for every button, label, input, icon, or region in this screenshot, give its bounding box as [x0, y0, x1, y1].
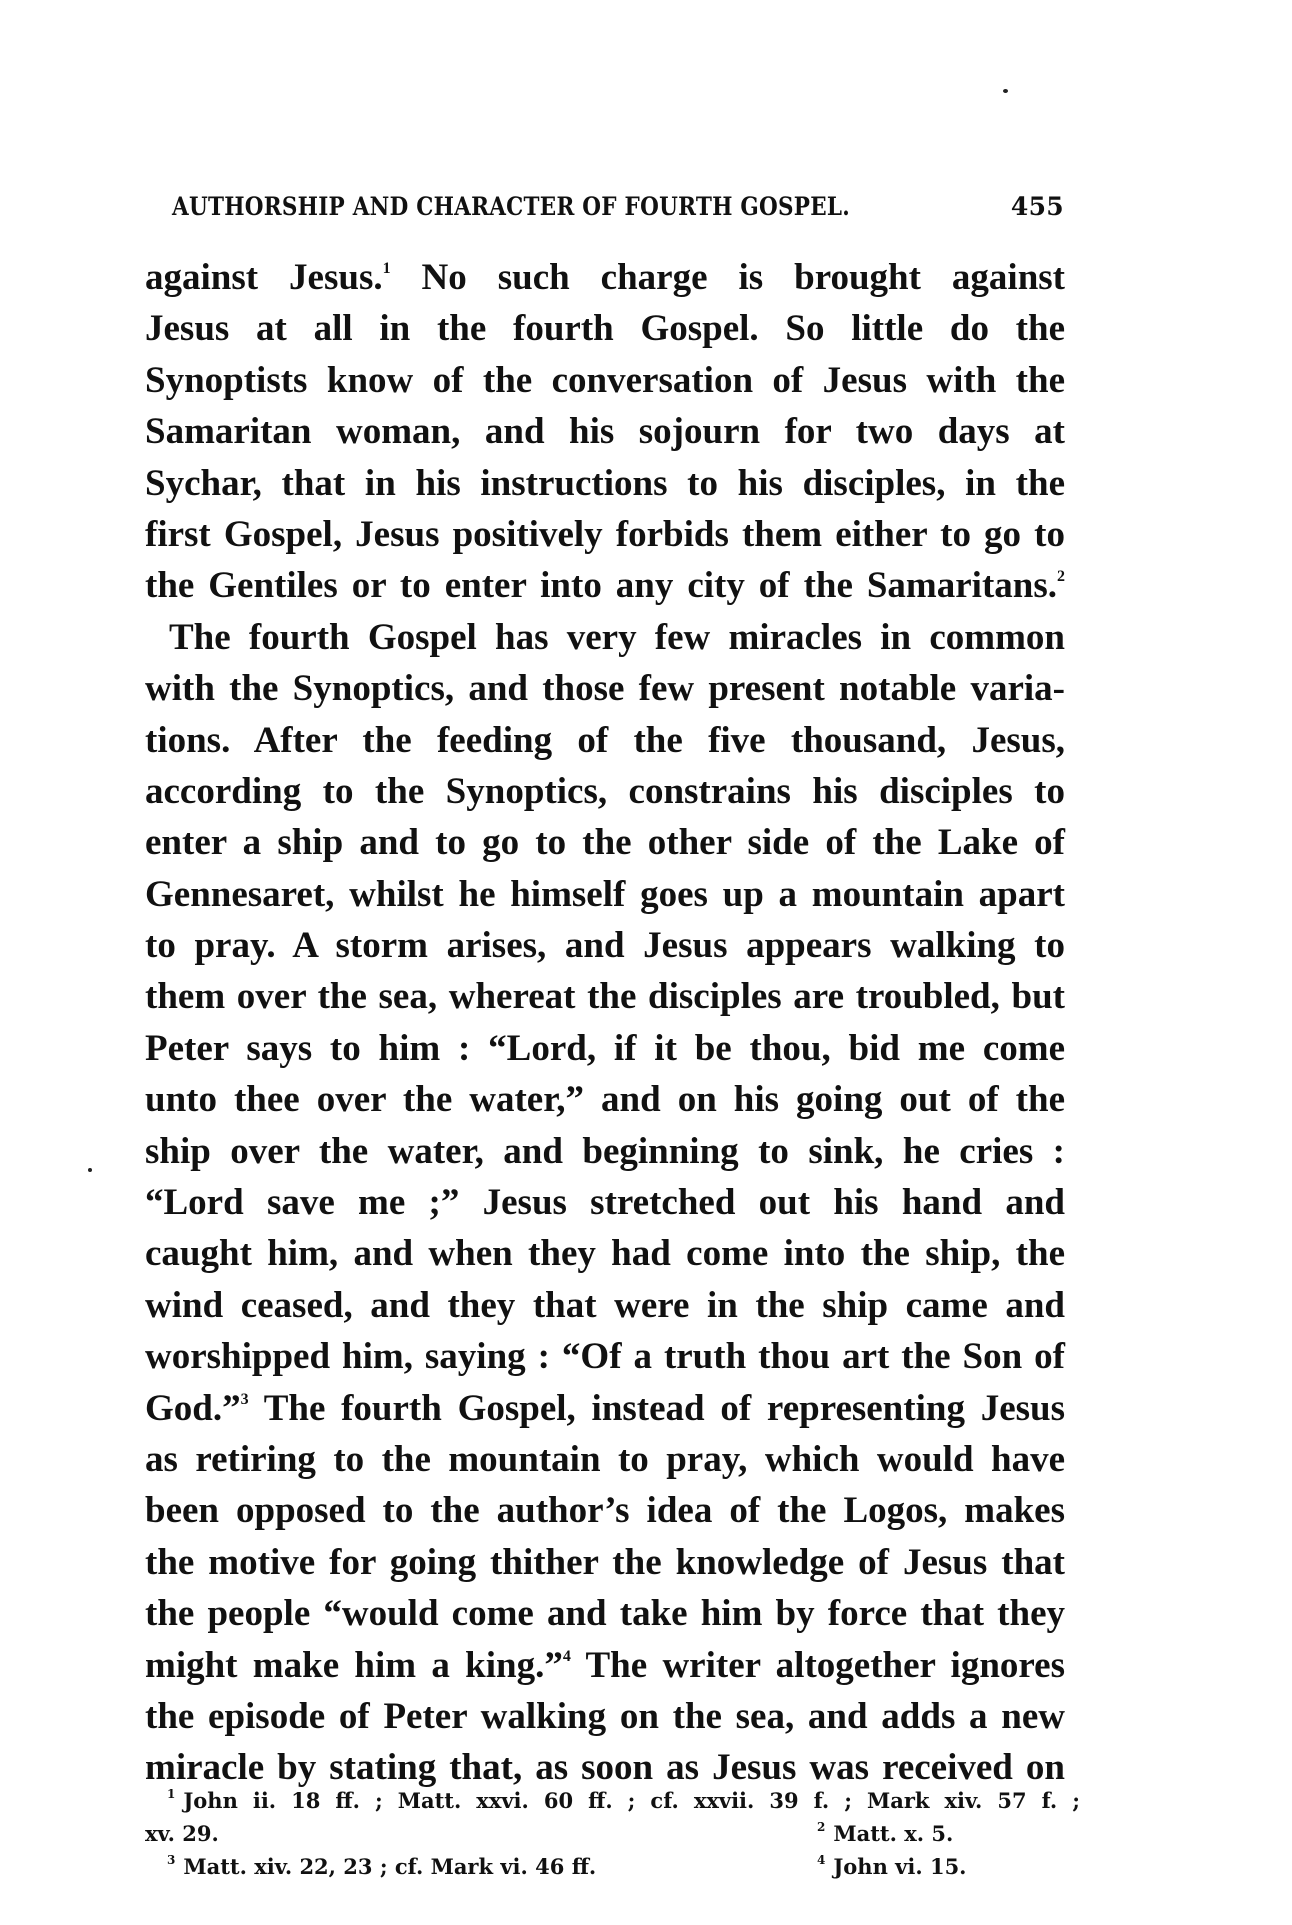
body-text: against Jesus.1 No such charge is brough…	[145, 252, 1065, 1794]
footnote-text: Matt. xiv. 22, 23 ; cf. Mark vi. 46 ff.	[183, 1854, 596, 1879]
footnote-2: 2Matt. x. 5.	[817, 1817, 953, 1850]
footnote-row: xv. 29. 2Matt. x. 5.	[145, 1817, 1080, 1850]
footnote-text: Matt. x. 5.	[833, 1821, 953, 1846]
page-number: 455	[1011, 192, 1064, 221]
footnote-1-continuation: xv. 29.	[145, 1817, 219, 1850]
footnote-ref[interactable]: 3	[241, 1391, 249, 1408]
text-line: Gennesaret, whilst he himself goes up a …	[145, 869, 1065, 920]
text-line: tions. After the feeding of the five tho…	[145, 715, 1065, 766]
footnote-text: John vi. 15.	[833, 1854, 966, 1879]
text-line: Synoptists know of the conversation of J…	[145, 355, 1065, 406]
text-line: unto thee over the water,” and on his go…	[145, 1074, 1065, 1125]
scan-speck	[1003, 89, 1008, 93]
text-line: the people “would come and take him by f…	[145, 1588, 1065, 1639]
footnote-text: John ii. 18 ff. ; Matt. xxvi. 60 ff. ; c…	[183, 1788, 1080, 1813]
text-line: been opposed to the author’s idea of the…	[145, 1485, 1065, 1536]
text-line: the Gentiles or to enter into any city o…	[145, 560, 1065, 611]
text-line: the motive for going thither the knowled…	[145, 1537, 1065, 1588]
text-line: Samaritan woman, and his sojourn for two…	[145, 406, 1065, 457]
text-line: might make him a king.”4 The writer alto…	[145, 1640, 1065, 1691]
text-line: the episode of Peter walking on the sea,…	[145, 1691, 1065, 1742]
text-line: against Jesus.1 No such charge is brough…	[145, 252, 1065, 303]
text-line: Sychar, that in his instructions to his …	[145, 458, 1065, 509]
text-line: wind ceased, and they that were in the s…	[145, 1280, 1065, 1331]
book-page: AUTHORSHIP AND CHARACTER OF FOURTH GOSPE…	[0, 0, 1292, 1925]
running-head-title: AUTHORSHIP AND CHARACTER OF FOURTH GOSPE…	[172, 192, 850, 221]
footnotes: 1John ii. 18 ff. ; Matt. xxvi. 60 ff. ; …	[145, 1784, 1080, 1883]
footnote-marker: 2	[817, 1820, 825, 1834]
footnote-ref[interactable]: 1	[383, 260, 391, 277]
text-line: ship over the water, and beginning to si…	[145, 1126, 1065, 1177]
footnote-4: 4John vi. 15.	[817, 1850, 967, 1883]
text-line: first Gospel, Jesus positively forbids t…	[145, 509, 1065, 560]
footnote-row: 3Matt. xiv. 22, 23 ; cf. Mark vi. 46 ff.…	[145, 1850, 1080, 1883]
text-line: to pray. A storm arises, and Jesus appea…	[145, 920, 1065, 971]
text-line: Peter says to him : “Lord, if it be thou…	[145, 1023, 1065, 1074]
footnote-3: 3Matt. xiv. 22, 23 ; cf. Mark vi. 46 ff.	[145, 1850, 596, 1883]
text-line: caught him, and when they had come into …	[145, 1228, 1065, 1279]
running-head: AUTHORSHIP AND CHARACTER OF FOURTH GOSPE…	[172, 192, 1064, 221]
text-line: as retiring to the mountain to pray, whi…	[145, 1434, 1065, 1485]
footnote-marker: 4	[817, 1853, 825, 1867]
text-line: enter a ship and to go to the other side…	[145, 817, 1065, 868]
text-line: “Lord save me ;” Jesus stretched out his…	[145, 1177, 1065, 1228]
footnote-marker: 1	[167, 1787, 175, 1801]
footnote-ref[interactable]: 4	[563, 1648, 571, 1665]
text-line: worshipped him, saying : “Of a truth tho…	[145, 1331, 1065, 1382]
text-line: Jesus at all in the fourth Gospel. So li…	[145, 303, 1065, 354]
footnote-ref[interactable]: 2	[1057, 568, 1065, 585]
scan-speck	[88, 1168, 92, 1172]
text-line: them over the sea, whereat the disciples…	[145, 971, 1065, 1022]
text-line: with the Synoptics, and those few presen…	[145, 663, 1065, 714]
paragraph-start-line: The fourth Gospel has very few miracles …	[145, 612, 1065, 663]
footnote-1: 1John ii. 18 ff. ; Matt. xxvi. 60 ff. ; …	[145, 1784, 1080, 1817]
footnote-marker: 3	[167, 1853, 175, 1867]
text-line: God.”3 The fourth Gospel, instead of rep…	[145, 1383, 1065, 1434]
text-line: according to the Synoptics, constrains h…	[145, 766, 1065, 817]
